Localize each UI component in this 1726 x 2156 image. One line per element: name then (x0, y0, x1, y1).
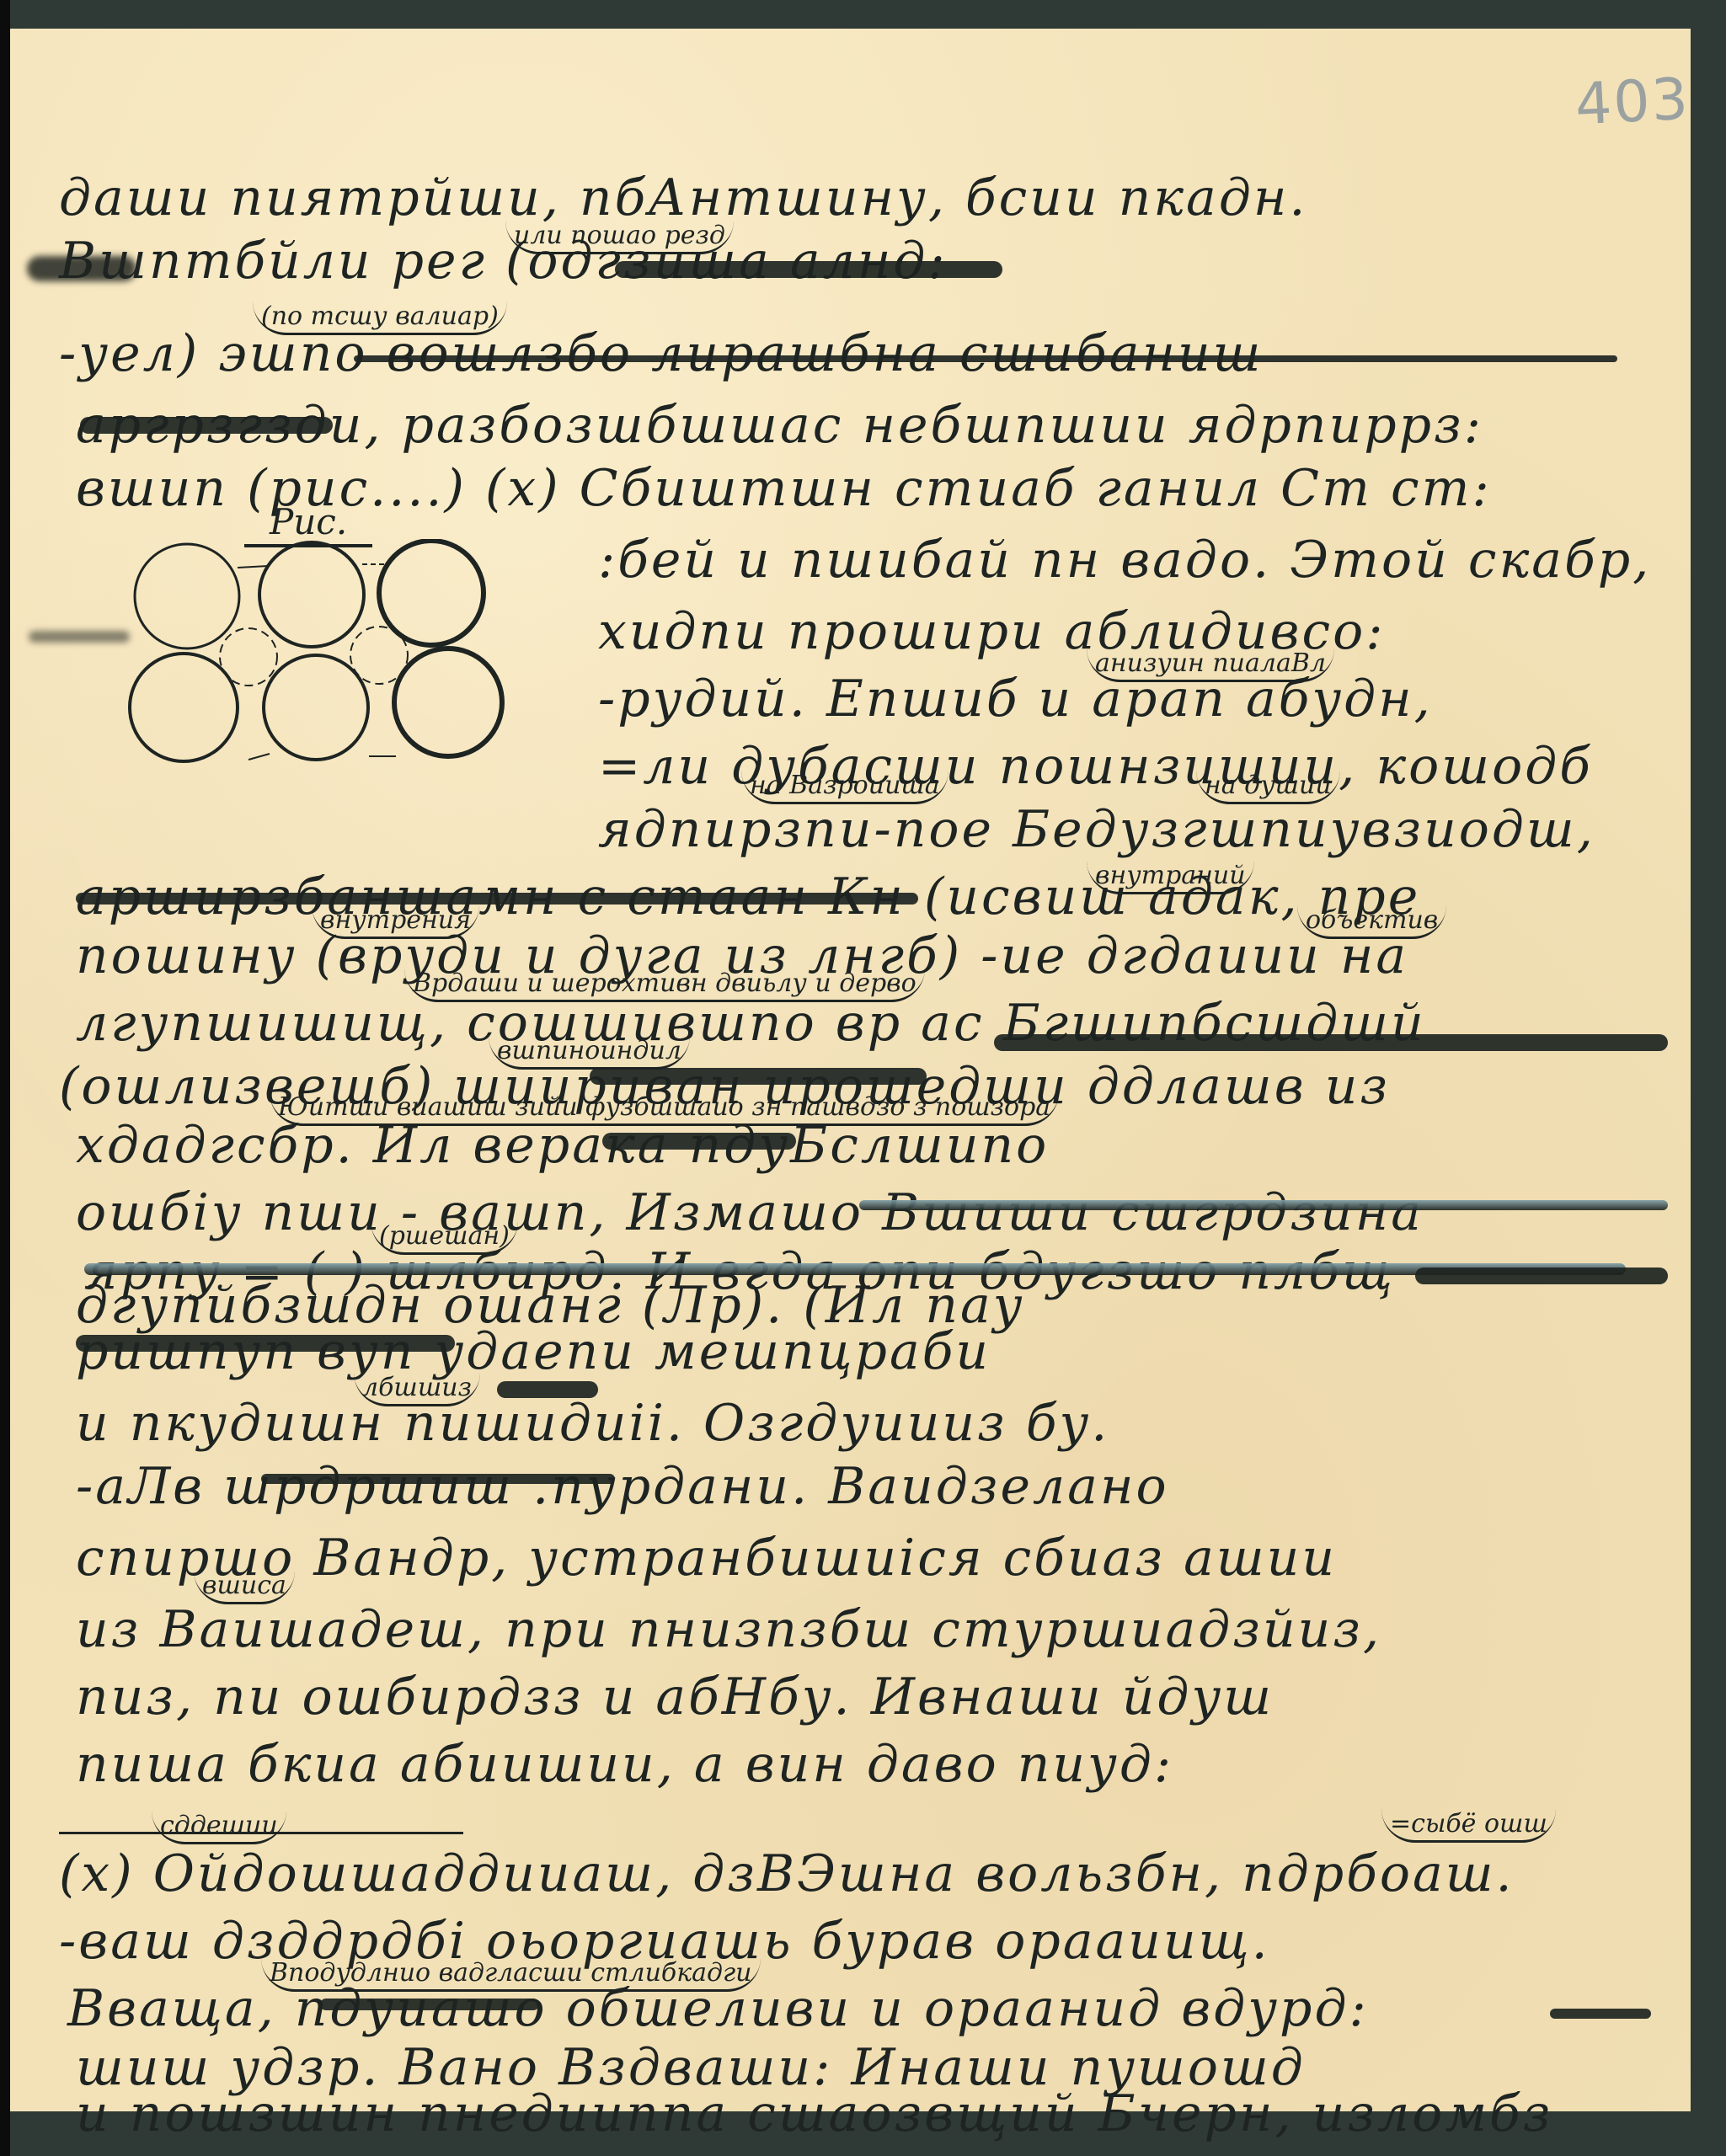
handwritten-line: ядпирзпи-пое Бедузгшпиувзиодш, (598, 800, 1595, 859)
large-circle (259, 542, 364, 647)
handwritten-line: и пкудишн пишидиіі. Озгдуиииз бу. (76, 1394, 1109, 1453)
interlinear-insertion: на Вазроииша (741, 771, 948, 804)
interlinear-insertion: или пошао резд (505, 221, 734, 254)
interlinear-insertion: внутраний (1087, 861, 1254, 894)
circles-diagram (118, 539, 514, 775)
handwritten-line: :бей и пшибай пн вадо. Этой скабр, (598, 531, 1651, 590)
footnote-separator (59, 1832, 463, 1834)
interlinear-insertion: на душии (1196, 771, 1340, 804)
scanner-frame-edge (0, 0, 10, 2156)
interlinear-insertion: анизуин пиалаВл (1087, 648, 1334, 682)
interlinear-insertion: внутрения (312, 905, 479, 939)
large-circle (130, 654, 238, 761)
handwritten-line: ошбіу пши - вашп, Измашо Вшиши сшгрдзина (76, 1183, 1424, 1242)
interlinear-insertion: вшпиноиндил (489, 1036, 690, 1070)
interlinear-insertion: Юитши виашиш зийи фузбшшаио зн пашвдзо з… (270, 1092, 1059, 1126)
handwritten-line: ришпуп вуп удаепи мешпцраби (76, 1322, 991, 1381)
interlinear-insertion: сддешии (152, 1811, 286, 1844)
handwritten-line: и пошзшин пнедииппа сшаозвщий Бчерн, изл… (76, 2084, 1552, 2143)
handwritten-line: пиз, пи ошбирдзз и абНбу. Ивнаши йдуш (76, 1668, 1274, 1726)
handwritten-line: даши пиятрйши, пбАнтшину, бсии пкадн. (59, 168, 1307, 227)
handwritten-line: -аЛв шрдршиш .пурдани. Ваидзелано (76, 1457, 1169, 1516)
handwritten-line: -уел) эшпо вошлзбо лирашбна сшибаниш (59, 324, 1264, 383)
interlinear-insertion: (по тсшу валиар) (253, 302, 507, 335)
interlinear-insertion: объектив (1297, 905, 1446, 939)
interlinear-insertion: вшиса (194, 1571, 295, 1604)
large-circle (379, 541, 484, 645)
interlinear-insertion: Врдаши и шерохтивн двиьлу и дерво (404, 969, 925, 1002)
interlinear-insertion: (ршешан) (371, 1221, 518, 1255)
interlinear-insertion: Вподудлнио вадгласши стлибкадги (261, 1958, 761, 1992)
handwritten-line: из Ваишадеш, при пнизпзбш стуршиадзйиз, (76, 1600, 1381, 1659)
handwritten-line: (х) Ойдошшаддииаш, дзВЭшна вользбн, пдрб… (59, 1844, 1515, 1903)
page-number: 403 (1574, 67, 1691, 139)
handwritten-line: пиша бкиа абиишии, а вин даво пиуд: (76, 1735, 1173, 1794)
large-circle (264, 655, 368, 760)
large-circle (394, 648, 502, 756)
ink-smudge (29, 631, 130, 643)
interlinear-insertion: лбшшиз (354, 1373, 480, 1406)
interlinear-insertion: =сыбё ошш (1381, 1809, 1556, 1843)
large-circle (135, 544, 239, 648)
